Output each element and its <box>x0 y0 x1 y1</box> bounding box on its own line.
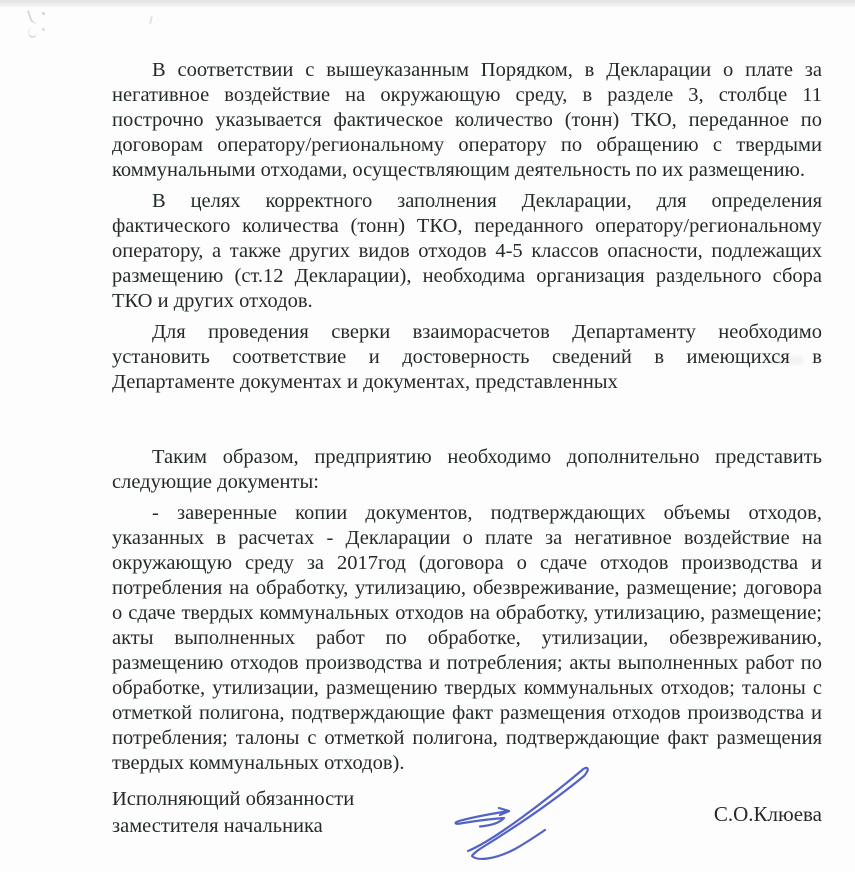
text-line: - заверенные копии документов, подтвержд… <box>112 501 822 526</box>
signature-block: Исполняющий обязанности заместителя нача… <box>112 786 822 856</box>
paragraph: - заверенные копии документов, подтвержд… <box>112 501 822 776</box>
text-line: потребления на обработку, утилизацию, об… <box>112 576 822 601</box>
text-line: размещению отходов производства и потреб… <box>112 651 822 676</box>
text-line: отметкой полигона, подтверждающие факт р… <box>112 701 822 726</box>
scan-artifact <box>149 16 153 24</box>
paragraph: Для проведения сверки взаиморасчетов Деп… <box>112 320 822 395</box>
document-page: В соответствии с вышеуказанным Порядком,… <box>0 0 855 872</box>
paragraph: В соответствии с вышеуказанным Порядком,… <box>112 58 822 183</box>
scan-artifact <box>42 12 45 15</box>
text-line: фактического количества (тонн) ТКО, пере… <box>112 214 822 239</box>
scan-edge-strip <box>0 0 855 7</box>
text-line: Таким образом, предприятию необходимо до… <box>112 445 822 470</box>
paragraph: Таким образом, предприятию необходимо до… <box>112 445 822 495</box>
text-line: обработке, утилизации, размещению тверды… <box>112 676 822 701</box>
text-line: Департаменте документах и документах, пр… <box>112 370 822 395</box>
text-line: следующие документы: <box>112 470 822 495</box>
text-line: негативное воздействие на окружающую сре… <box>112 83 822 108</box>
scan-artifact <box>27 8 41 25</box>
text-line: указанных в расчетах - Декларации о плат… <box>112 526 822 551</box>
text-line: потребления; талоны с отметкой полигона,… <box>112 726 822 751</box>
text-line: окружающую среду за 2017год (договора о … <box>112 551 822 576</box>
text-line: В целях корректного заполнения Деклараци… <box>112 189 822 214</box>
text-line: ТКО и других отходов. <box>112 289 822 314</box>
signer-name: С.О.Клюева <box>714 802 822 827</box>
paragraph: В целях корректного заполнения Деклараци… <box>112 189 822 314</box>
text-line: договорам оператору/региональному операт… <box>112 133 822 158</box>
text-line: Для проведения сверки взаиморасчетов Деп… <box>112 320 822 345</box>
text-line: акты выполненных работ по обработке, ути… <box>112 626 822 651</box>
text-line: построчно указывается фактическое количе… <box>112 108 822 133</box>
text-line: оператору, а также других видов отходов … <box>112 239 822 264</box>
text-line: установить соответствие и достоверность … <box>112 345 822 370</box>
text-line: о сдаче твердых коммунальных отходов на … <box>112 601 822 626</box>
text-line: коммунальными отходами, осуществляющим д… <box>112 158 822 183</box>
document-body: В соответствии с вышеуказанным Порядком,… <box>112 58 822 782</box>
text-line: размещению (ст.12 Декларации), необходим… <box>112 264 822 289</box>
scan-artifact <box>28 27 37 38</box>
text-line: В соответствии с вышеуказанным Порядком,… <box>112 58 822 83</box>
